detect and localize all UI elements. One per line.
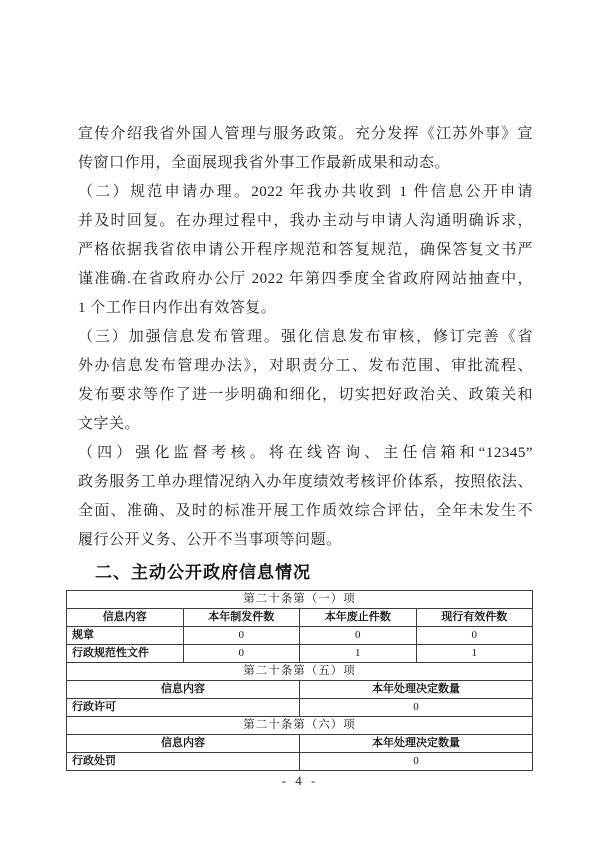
info-table-article20-item1: 第二十条第（一）项 信息内容 本年制发件数 本年废止件数 现行有效件数 规章 0… xyxy=(66,590,533,663)
paragraph-line: 宣传介绍我省外国人管理与服务政策。充分发挥《江苏外事》宣 xyxy=(78,120,533,149)
paragraph-line: 履行公开义务、公开不当事项等问题。 xyxy=(78,526,533,555)
cell-value: 0 xyxy=(300,753,533,771)
paragraph-line: 严格依据我省依申请公开程序规范和答复规范，确保答复文书严 xyxy=(78,236,533,265)
cell-value: 1 xyxy=(300,645,417,663)
paragraph-2: （二）规范申请办理。2022 年我办共收到 1 件信息公开申请 并及时回复。在办… xyxy=(78,178,533,323)
paragraph-1: 宣传介绍我省外国人管理与服务政策。充分发挥《江苏外事》宣 传窗口作用，全面展现我… xyxy=(78,120,533,178)
cell-value: 0 xyxy=(183,645,300,663)
paragraph-line: 文字关。 xyxy=(78,410,533,439)
paragraph-line: 谨准确.在省政府办公厅 2022 年第四季度全省政府网站抽查中， xyxy=(78,265,533,294)
page-content: 宣传介绍我省外国人管理与服务政策。充分发挥《江苏外事》宣 传窗口作用，全面展现我… xyxy=(66,120,533,771)
table-row-administrative-license: 行政许可 0 xyxy=(67,699,533,717)
page-number: - 4 - xyxy=(0,773,600,789)
table-row-rules: 规章 0 0 0 xyxy=(67,627,533,645)
column-header-in-effect: 现行有效件数 xyxy=(416,609,533,627)
table-section-title-row: 第二十条第（六）项 xyxy=(67,717,533,735)
paragraph-line: （四）强化监督考核。将在线咨询、主任信箱和“12345” xyxy=(78,439,533,468)
cell-value: 0 xyxy=(183,627,300,645)
info-table-article20-item6: 第二十条第（六）项 信息内容 本年处理决定数量 行政处罚 0 xyxy=(66,716,533,771)
cell-value: 0 xyxy=(300,627,417,645)
row-label: 行政许可 xyxy=(67,699,300,717)
cell-value: 0 xyxy=(416,627,533,645)
column-header-info-content: 信息内容 xyxy=(67,735,300,753)
column-header-decisions: 本年处理决定数量 xyxy=(300,681,533,699)
table-header-row: 信息内容 本年处理决定数量 xyxy=(67,681,533,699)
document-page: 宣传介绍我省外国人管理与服务政策。充分发挥《江苏外事》宣 传窗口作用，全面展现我… xyxy=(0,0,600,857)
table-row-administrative-penalty: 行政处罚 0 xyxy=(67,753,533,771)
section-heading: 二、主动公开政府信息情况 xyxy=(95,562,533,584)
paragraph-line: 政务服务工单办理情况纳入办年度绩效考核评价体系，按照依法、 xyxy=(78,468,533,497)
paragraph-line: 传窗口作用，全面展现我省外事工作最新成果和动态。 xyxy=(78,149,533,178)
cell-value: 1 xyxy=(416,645,533,663)
row-label: 规章 xyxy=(67,627,184,645)
table-section-title: 第二十条第（五）项 xyxy=(67,663,533,681)
paragraph-line: （三）加强信息发布管理。强化信息发布审核，修订完善《省 xyxy=(78,323,533,352)
table-section-title-row: 第二十条第（一）项 xyxy=(67,591,533,609)
cell-value: 0 xyxy=(300,699,533,717)
column-header-info-content: 信息内容 xyxy=(67,681,300,699)
column-header-info-content: 信息内容 xyxy=(67,609,184,627)
paragraph-line: 发布要求等作了进一步明确和细化，切实把好政治关、政策关和 xyxy=(78,381,533,410)
table-section-title-row: 第二十条第（五）项 xyxy=(67,663,533,681)
paragraph-line: 1 个工作日内作出有效答复。 xyxy=(78,294,533,323)
table-section-title: 第二十条第（一）项 xyxy=(67,591,533,609)
paragraph-4: （四）强化监督考核。将在线咨询、主任信箱和“12345” 政务服务工单办理情况纳… xyxy=(78,439,533,555)
table-header-row: 信息内容 本年制发件数 本年废止件数 现行有效件数 xyxy=(67,609,533,627)
column-header-issued: 本年制发件数 xyxy=(183,609,300,627)
info-table-article20-item5: 第二十条第（五）项 信息内容 本年处理决定数量 行政许可 0 xyxy=(66,662,533,717)
table-section-title: 第二十条第（六）项 xyxy=(67,717,533,735)
paragraph-line: 外办信息发布管理办法》，对职责分工、发布范围、审批流程、 xyxy=(78,352,533,381)
body-text: 宣传介绍我省外国人管理与服务政策。充分发挥《江苏外事》宣 传窗口作用，全面展现我… xyxy=(78,120,533,555)
paragraph-line: 全面、准确、及时的标准开展工作质效综合评估，全年未发生不 xyxy=(78,497,533,526)
paragraph-line: （二）规范申请办理。2022 年我办共收到 1 件信息公开申请 xyxy=(78,178,533,207)
column-header-decisions: 本年处理决定数量 xyxy=(300,735,533,753)
table-row-normative-documents: 行政规范性文件 0 1 1 xyxy=(67,645,533,663)
paragraph-line: 并及时回复。在办理过程中，我办主动与申请人沟通明确诉求， xyxy=(78,207,533,236)
paragraph-3: （三）加强信息发布管理。强化信息发布审核，修订完善《省 外办信息发布管理办法》，… xyxy=(78,323,533,439)
column-header-repealed: 本年废止件数 xyxy=(300,609,417,627)
table-header-row: 信息内容 本年处理决定数量 xyxy=(67,735,533,753)
row-label: 行政处罚 xyxy=(67,753,300,771)
row-label: 行政规范性文件 xyxy=(67,645,184,663)
